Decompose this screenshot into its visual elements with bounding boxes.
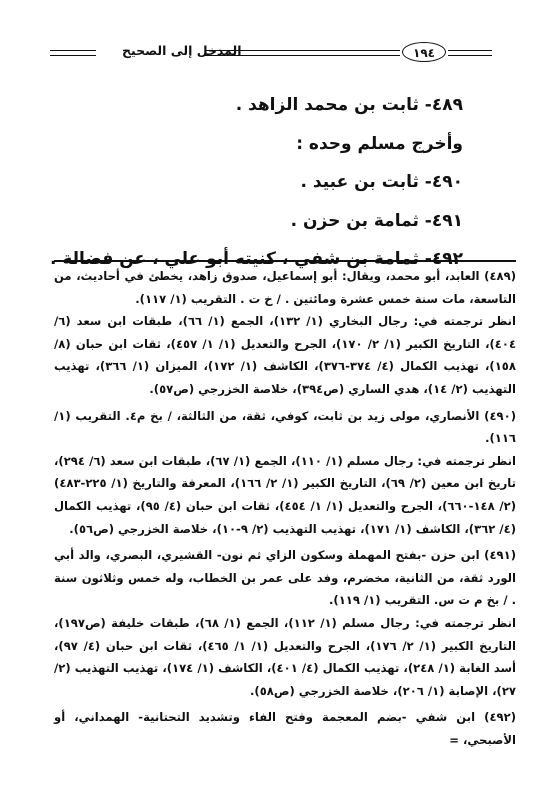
- entry-489: ٤٨٩- ثابت بن محمد الزاهد .: [103, 90, 463, 129]
- page-number: ١٩٤: [402, 42, 446, 62]
- footnote-separator: [54, 260, 516, 262]
- footnote-489: (٤٨٩) العابد، أبو محمد، ويقال: أبو إسماع…: [54, 265, 516, 401]
- book-page: المدخل إلى الصحيح ١٩٤ ٤٨٩- ثابت بن محمد …: [0, 0, 535, 812]
- footnote-references: انظر ترجمته في: رجال مسلم (١/ ١١٢)، الجم…: [54, 612, 516, 702]
- header-rule-left: [50, 50, 96, 56]
- footnote-491: (٤٩١) ابن حزن -بفتح المهملة وسكون الزاي …: [54, 544, 516, 702]
- section-heading-muslim-only: وأخرج مسلم وحده :: [103, 129, 463, 168]
- header-rule-right: [448, 50, 492, 56]
- header-rule-middle: [205, 50, 400, 56]
- entry-490: ٤٩٠- ثابت بن عبيد .: [103, 167, 463, 206]
- footnote-text: (٤٩١) ابن حزن -بفتح المهملة وسكون الزاي …: [54, 544, 516, 612]
- footnote-references: انظر ترجمته في: رجال البخاري (١/ ١٣٢)، ا…: [54, 310, 516, 400]
- running-header: المدخل إلى الصحيح ١٩٤: [50, 42, 520, 62]
- footnote-text: (٤٨٩) العابد، أبو محمد، ويقال: أبو إسماع…: [54, 265, 516, 310]
- entry-491: ٤٩١- ثمامة بن حزن .: [103, 206, 463, 245]
- footnote-text: (٤٩٠) الأنصاري، مولى زيد بن ثابت، كوفي، …: [54, 405, 516, 450]
- main-text: ٤٨٩- ثابت بن محمد الزاهد . وأخرج مسلم وح…: [103, 90, 463, 283]
- footnote-490: (٤٩٠) الأنصاري، مولى زيد بن ثابت، كوفي، …: [54, 405, 516, 541]
- footnotes: (٤٨٩) العابد، أبو محمد، ويقال: أبو إسماع…: [54, 265, 516, 751]
- footnote-references: انظر ترجمته في: رجال مسلم (١/ ١١٠)، الجم…: [54, 450, 516, 540]
- footnote-492: (٤٩٢) ابن شفي -بضم المعجمة وفتح الفاء وت…: [54, 706, 516, 751]
- footnote-text: (٤٩٢) ابن شفي -بضم المعجمة وفتح الفاء وت…: [54, 706, 516, 751]
